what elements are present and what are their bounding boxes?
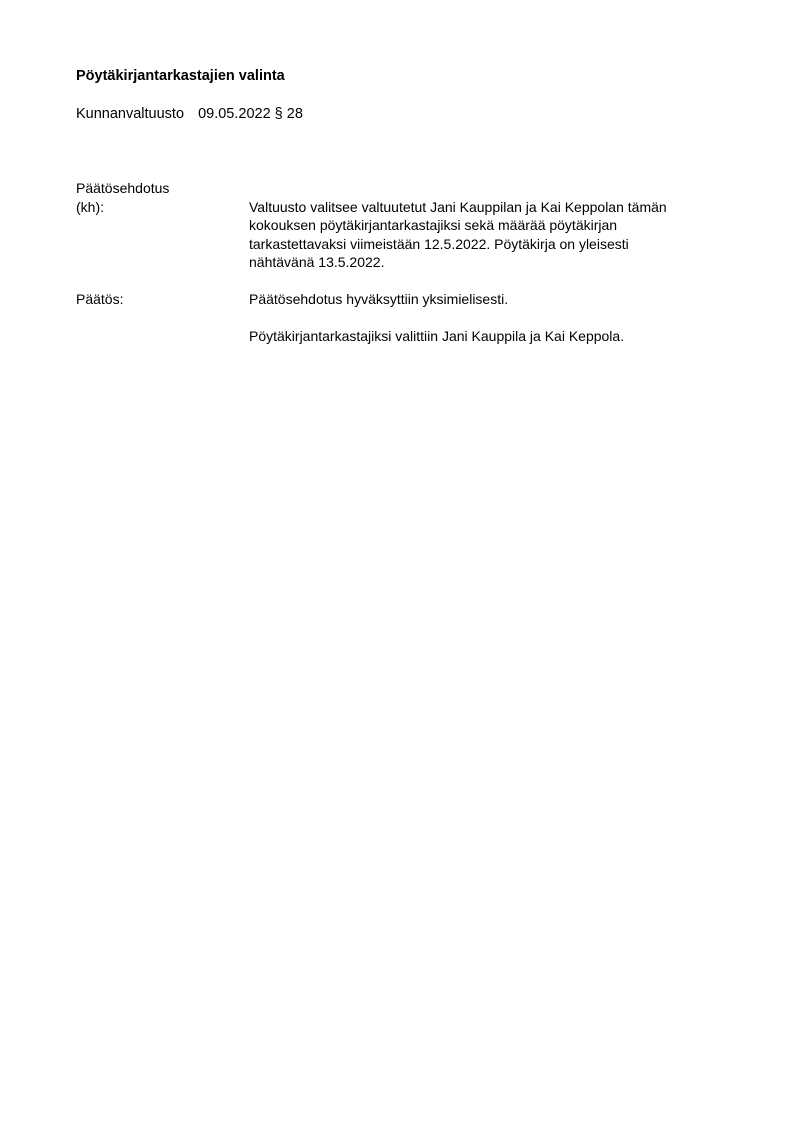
proposal-line: tarkastettavaksi viimeistään 12.5.2022. …	[249, 235, 739, 254]
proposal-label-line2: (kh):	[76, 198, 246, 217]
proposal-label-line1: Päätösehdotus	[76, 179, 246, 198]
proposal-line: kokouksen pöytäkirjantarkastajiksi sekä …	[249, 216, 739, 235]
proposal-text: Valtuusto valitsee valtuutetut Jani Kaup…	[249, 198, 739, 272]
document-title: Pöytäkirjantarkastajien valinta	[76, 68, 285, 84]
proposal-line: Valtuusto valitsee valtuutetut Jani Kaup…	[249, 198, 739, 217]
decision-label: Päätös:	[76, 290, 246, 309]
meeting-body: Kunnanvaltuusto	[76, 106, 184, 122]
decision-paragraph: Päätösehdotus hyväksyttiin yksimielisest…	[249, 290, 739, 309]
decision-paragraph: Pöytäkirjantarkastajiksi valittiin Jani …	[249, 327, 739, 346]
proposal-label: Päätösehdotus (kh):	[76, 179, 246, 216]
meeting-date-section: 09.05.2022 § 28	[198, 106, 303, 122]
meeting-reference: Kunnanvaltuusto 09.05.2022 § 28	[76, 106, 303, 122]
decision-text: Päätösehdotus hyväksyttiin yksimielisest…	[249, 290, 739, 346]
proposal-line: nähtävänä 13.5.2022.	[249, 253, 739, 272]
